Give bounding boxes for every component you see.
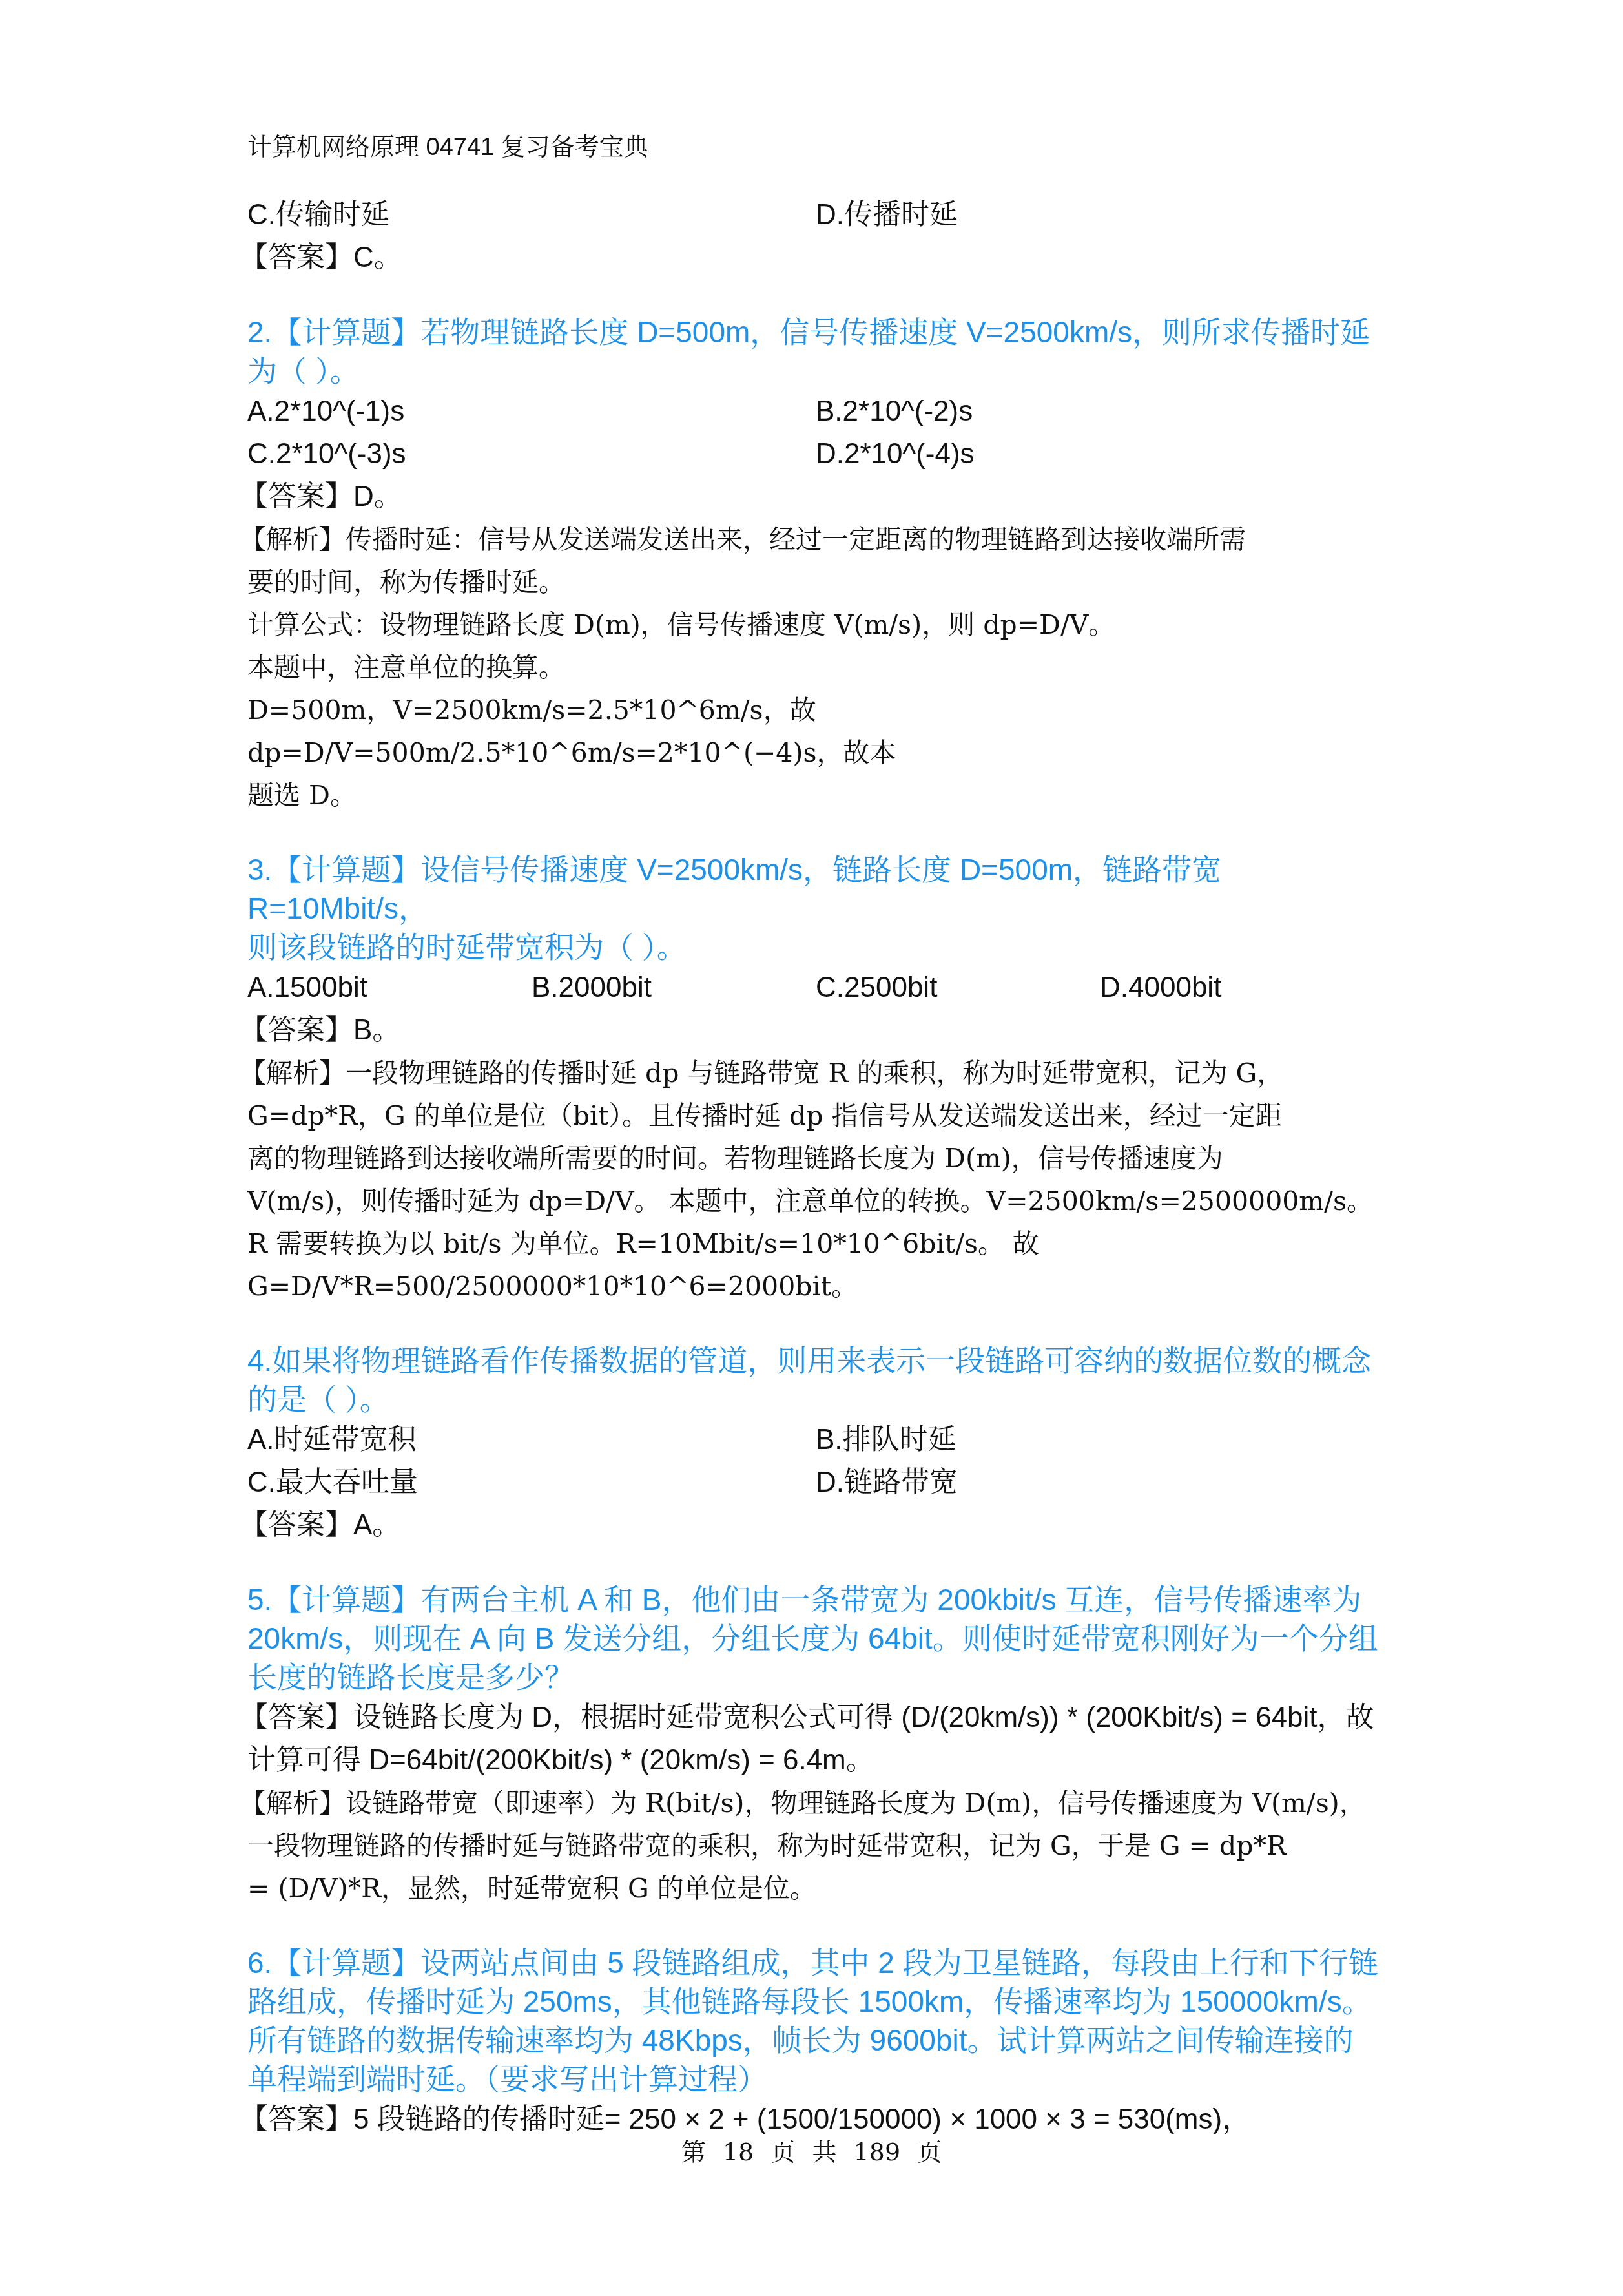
question-text: 为（ ）。: [247, 351, 1384, 390]
explanation-line: = (D/V)*R，显然，时延带宽积 G 的单位是位。: [247, 1867, 1384, 1910]
answer: 【答案】设链路长度为 D，根据时延带宽积公式可得 (D/(20km/s)) * …: [240, 1696, 1384, 1739]
explanation-line: G=dp*R，G 的单位是位（bit）。且传播时延 dp 指信号从发送端发送出来…: [247, 1094, 1384, 1137]
explanation-line: 【解析】传播时延：信号从发送端发送出来，经过一定距离的物理链路到达接收端所需: [240, 518, 1384, 561]
options-row: A.2*10^(-1)s B.2*10^(-2)s: [247, 390, 1384, 433]
explanation-line: D=500m，V=2500km/s=2.5*10^6m/s，故 dp=D/V=5…: [247, 689, 1384, 774]
question-text: 2.【计算题】若物理链路长度 D=500m，信号传播速度 V=2500km/s，…: [247, 313, 1384, 351]
option-b: B.2*10^(-2)s: [816, 390, 1384, 433]
page-content: C.传输时延 D.传播时延 【答案】C。 2.【计算题】若物理链路长度 D=50…: [247, 194, 1384, 2141]
answer: 【答案】C。: [240, 236, 1384, 279]
answer: 【答案】A。: [240, 1504, 1384, 1547]
question-6: 6.【计算题】设两站点间由 5 段链路组成，其中 2 段为卫星链路，每段由上行和…: [247, 1943, 1384, 2141]
question-text: 3.【计算题】设信号传播速度 V=2500km/s，链路长度 D=500m，链路…: [247, 850, 1384, 928]
question-text: 的是（ ）。: [247, 1380, 1384, 1419]
option-d: D.2*10^(-4)s: [816, 433, 1384, 475]
explanation-line: 一段物理链路的传播时延与链路带宽的乘积，称为时延带宽积，记为 G，于是 G = …: [247, 1824, 1384, 1867]
option-d: D.传播时延: [816, 194, 1384, 236]
options-row: C.最大吞吐量 D.链路带宽: [247, 1461, 1384, 1504]
options-row: C.2*10^(-3)s D.2*10^(-4)s: [247, 433, 1384, 475]
question-3: 3.【计算题】设信号传播速度 V=2500km/s，链路长度 D=500m，链路…: [247, 850, 1384, 1308]
question-text: 5.【计算题】有两台主机 A 和 B，他们由一条带宽为 200kbit/s 互连…: [247, 1580, 1384, 1619]
question-text: 则该段链路的时延带宽积为（ ）。: [247, 928, 1384, 966]
option-d: D.链路带宽: [816, 1461, 1384, 1504]
question-text: 4.如果将物理链路看作传播数据的管道，则用来表示一段链路可容纳的数据位数的概念: [247, 1341, 1384, 1380]
question-text: 路组成，传播时延为 250ms，其他链路每段长 1500km，传播速率均为 15…: [247, 1982, 1384, 2021]
question-2: 2.【计算题】若物理链路长度 D=500m，信号传播速度 V=2500km/s，…: [247, 313, 1384, 817]
page-header: 计算机网络原理 04741 复习备考宝典: [247, 127, 648, 162]
option-b: B.2000bit: [532, 966, 816, 1009]
answer: 【答案】D。: [240, 475, 1384, 518]
explanation-line: 计算公式：设物理链路长度 D(m)，信号传播速度 V(m/s)，则 dp=D/V…: [247, 603, 1384, 646]
question-4: 4.如果将物理链路看作传播数据的管道，则用来表示一段链路可容纳的数据位数的概念 …: [247, 1341, 1384, 1547]
question-text: 单程端到端时延。（要求写出计算过程）: [247, 2060, 1384, 2098]
option-a: A.时延带宽积: [247, 1419, 816, 1461]
page-footer: 第 18 页 共 189 页: [0, 2132, 1623, 2167]
question-text: 长度的链路长度是多少？: [247, 1658, 1384, 1696]
option-c: C.2*10^(-3)s: [247, 433, 816, 475]
explanation-line: 本题中，注意单位的换算。: [247, 646, 1384, 689]
option-b: B.排队时延: [816, 1419, 1384, 1461]
explanation-line: R 需要转换为以 bit/s 为单位。R=10Mbit/s=10*10^6bit…: [247, 1222, 1384, 1265]
answer: 计算可得 D=64bit/(200Kbit/s) * (20km/s) = 6.…: [247, 1739, 1384, 1782]
question-5: 5.【计算题】有两台主机 A 和 B，他们由一条带宽为 200kbit/s 互连…: [247, 1580, 1384, 1910]
explanation-line: 题选 D。: [247, 774, 1384, 817]
document-page: 计算机网络原理 04741 复习备考宝典 C.传输时延 D.传播时延 【答案】C…: [0, 0, 1623, 2296]
question-text: 所有链路的数据传输速率均为 48Kbps，帧长为 9600bit。试计算两站之间…: [247, 2021, 1384, 2060]
option-c: C.2500bit: [816, 966, 1100, 1009]
option-a: A.1500bit: [247, 966, 532, 1009]
question-text: 6.【计算题】设两站点间由 5 段链路组成，其中 2 段为卫星链路，每段由上行和…: [247, 1943, 1384, 1982]
question-text: 20km/s，则现在 A 向 B 发送分组，分组长度为 64bit。则使时延带宽…: [247, 1619, 1384, 1658]
option-d: D.4000bit: [1100, 966, 1384, 1009]
explanation-line: 离的物理链路到达接收端所需要的时间。若物理链路长度为 D(m)，信号传播速度为: [247, 1137, 1384, 1180]
explanation-line: 【解析】设链路带宽（即速率）为 R(bit/s)，物理链路长度为 D(m)，信号…: [240, 1782, 1384, 1824]
option-a: A.2*10^(-1)s: [247, 390, 816, 433]
option-c: C.传输时延: [247, 194, 816, 236]
explanation-line: 【解析】一段物理链路的传播时延 dp 与链路带宽 R 的乘积，称为时延带宽积，记…: [240, 1052, 1384, 1094]
answer: 【答案】B。: [240, 1009, 1384, 1052]
explanation-line: V(m/s)，则传播时延为 dp=D/V。 本题中，注意单位的转换。V=2500…: [247, 1180, 1384, 1222]
prev-question-options: C.传输时延 D.传播时延: [247, 194, 1384, 236]
explanation-line: 要的时间，称为传播时延。: [247, 561, 1384, 603]
explanation-line: G=D/V*R=500/2500000*10*10^6=2000bit。: [247, 1265, 1384, 1308]
options-row: A.时延带宽积 B.排队时延: [247, 1419, 1384, 1461]
options-row: A.1500bit B.2000bit C.2500bit D.4000bit: [247, 966, 1384, 1009]
option-c: C.最大吞吐量: [247, 1461, 816, 1504]
